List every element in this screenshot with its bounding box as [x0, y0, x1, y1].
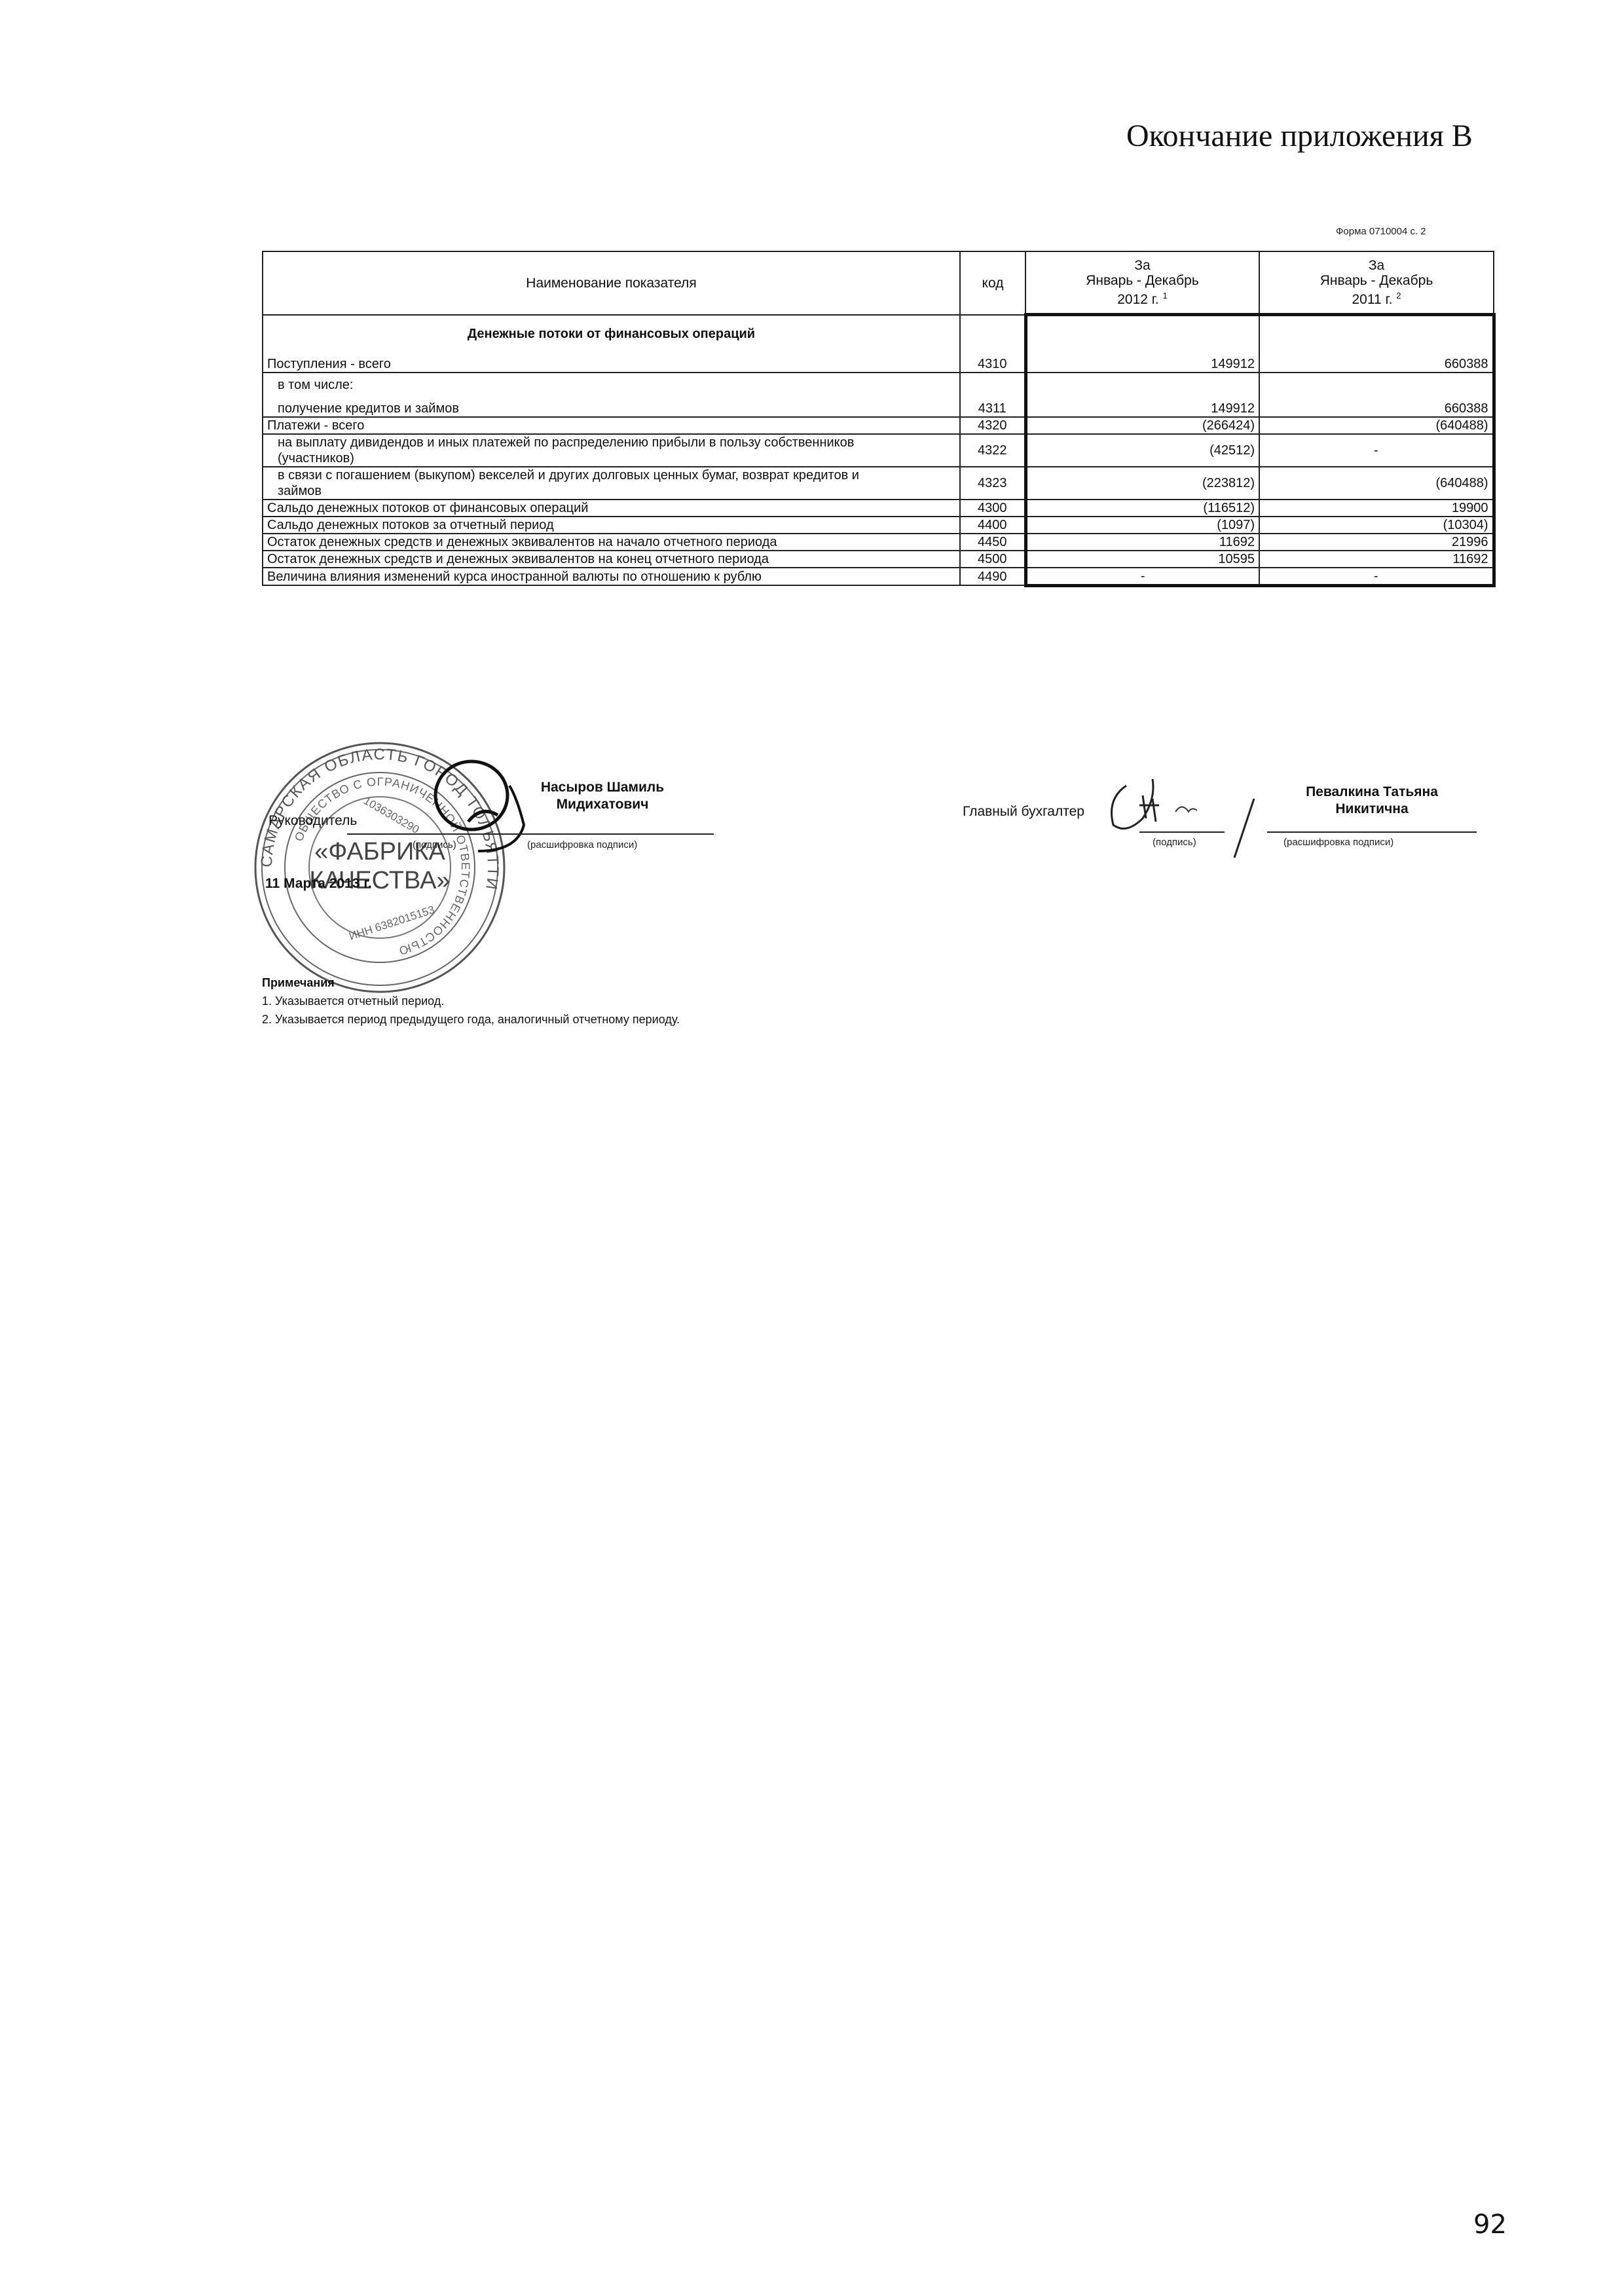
cash-flow-table: Наименование показателя код За Январь - …: [262, 251, 1496, 587]
row-value-2011: (640488): [1259, 467, 1494, 500]
notes-title: Примечания: [262, 974, 680, 992]
row-code: 4300: [960, 500, 1025, 517]
row-value-2012: (1097): [1025, 517, 1259, 534]
footnote-marker: 1: [1163, 291, 1168, 301]
director-signature-line: [347, 833, 714, 835]
header-code: код: [960, 251, 1025, 315]
row-name: в связи с погашением (выкупом) векселей …: [263, 467, 960, 500]
chief-accountant-role: Главный бухгалтер: [963, 804, 1084, 820]
row-code: 4450: [960, 534, 1025, 551]
row-code: 4322: [960, 434, 1025, 467]
note-item: 2. Указывается период предыдущего года, …: [262, 1010, 680, 1029]
table-row: Сальдо денежных потоков от финансовых оп…: [263, 500, 1494, 517]
footnote-marker: 2: [1396, 291, 1401, 301]
director-name: Насыров Шамиль Мидихатович: [524, 779, 681, 813]
row-name: в том числе: получение кредитов и займов: [263, 373, 960, 417]
row-code: 4500: [960, 551, 1025, 568]
director-role: Руководитель: [268, 813, 357, 829]
row-value-2011: -: [1259, 568, 1494, 586]
header-name: Наименование показателя: [263, 251, 960, 315]
table-row: Платежи - всего 4320 (266424) (640488): [263, 417, 1494, 434]
row-value-2012: 11692: [1025, 534, 1259, 551]
table-header-row: Наименование показателя код За Январь - …: [263, 251, 1494, 315]
row-name: Денежные потоки от финансовых операций П…: [263, 315, 960, 373]
row-code: 4490: [960, 568, 1025, 586]
chief-accountant-signature-line: [1139, 831, 1225, 833]
row-code: 4320: [960, 417, 1025, 434]
header-period-2012: За Январь - Декабрь 2012 г. 1: [1025, 251, 1259, 315]
director-name-caption: (расшифровка подписи): [527, 839, 637, 850]
row-value-2012: (116512): [1025, 500, 1259, 517]
row-name: на выплату дивидендов и иных платежей по…: [263, 434, 960, 467]
row-value-2011: 21996: [1259, 534, 1494, 551]
row-code: 4311: [960, 373, 1025, 417]
table-row: Остаток денежных средств и денежных экви…: [263, 534, 1494, 551]
row-value-2011: (10304): [1259, 517, 1494, 534]
row-value-2012: 149912: [1025, 315, 1259, 373]
appendix-title: Окончание приложения В: [1126, 118, 1473, 154]
page-number: 92: [1473, 2210, 1507, 2240]
row-value-2012: (266424): [1025, 417, 1259, 434]
notes: Примечания 1. Указывается отчетный перио…: [262, 974, 680, 1029]
row-value-2011: 660388: [1259, 315, 1494, 373]
row-name: Сальдо денежных потоков за отчетный пери…: [263, 517, 960, 534]
svg-text:1036303290: 1036303290: [361, 794, 421, 836]
row-value-2011: 19900: [1259, 500, 1494, 517]
row-value-2012: 149912: [1025, 373, 1259, 417]
row-value-2011: 660388: [1259, 373, 1494, 417]
row-code: 4310: [960, 315, 1025, 373]
row-value-2012: (223812): [1025, 467, 1259, 500]
director-signature-caption: (подпись): [413, 839, 456, 850]
table-row: Величина влияния изменений курса иностра…: [263, 568, 1494, 586]
section-title: Денежные потоки от финансовых операций: [267, 316, 955, 356]
form-code: Форма 0710004 с. 2: [1336, 226, 1426, 237]
table-row: в том числе: получение кредитов и займов…: [263, 373, 1494, 417]
slash-mark-icon: [1231, 795, 1257, 861]
chief-accountant-signature-icon: [1107, 773, 1238, 845]
row-code: 4323: [960, 467, 1025, 500]
row-name: Платежи - всего: [263, 417, 960, 434]
table-row: Остаток денежных средств и денежных экви…: [263, 551, 1494, 568]
row-name: Остаток денежных средств и денежных экви…: [263, 551, 960, 568]
header-period-2011: За Январь - Декабрь 2011 г. 2: [1259, 251, 1494, 315]
chief-accountant-name: Певалкина Татьяна Никитична: [1267, 784, 1477, 818]
row-name: Остаток денежных средств и денежных экви…: [263, 534, 960, 551]
row-value-2012: 10595: [1025, 551, 1259, 568]
row-name: Сальдо денежных потоков от финансовых оп…: [263, 500, 960, 517]
table-row: Денежные потоки от финансовых операций П…: [263, 315, 1494, 373]
chief-accountant-name-line: [1267, 831, 1477, 833]
chief-accountant-signature-caption: (подпись): [1153, 837, 1196, 848]
row-value-2012: (42512): [1025, 434, 1259, 467]
row-value-2011: -: [1259, 434, 1494, 467]
table-row: Сальдо денежных потоков за отчетный пери…: [263, 517, 1494, 534]
note-item: 1. Указывается отчетный период.: [262, 992, 680, 1010]
table-row: в связи с погашением (выкупом) векселей …: [263, 467, 1494, 500]
row-value-2012: -: [1025, 568, 1259, 586]
row-code: 4400: [960, 517, 1025, 534]
row-value-2011: (640488): [1259, 417, 1494, 434]
row-prefix: в том числе:: [278, 373, 955, 401]
signing-date: 11 Марта 2013 г.: [265, 876, 372, 892]
row-name: Величина влияния изменений курса иностра…: [263, 568, 960, 586]
table-row: на выплату дивидендов и иных платежей по…: [263, 434, 1494, 467]
row-value-2011: 11692: [1259, 551, 1494, 568]
chief-accountant-name-caption: (расшифровка подписи): [1283, 837, 1393, 848]
